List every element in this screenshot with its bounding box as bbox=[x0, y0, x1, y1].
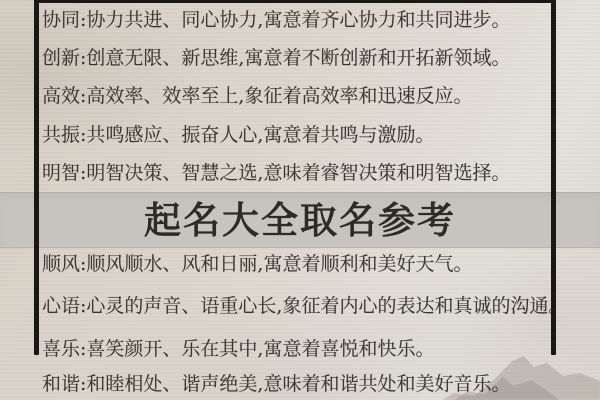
entry-line-xile: 喜乐:喜笑颜开、乐在其中,寓意着喜悦和快乐。 bbox=[42, 338, 547, 360]
entry-line-chuangxin: 创新:创意无限、新思维,寓意着不断创新和开拓新领域。 bbox=[42, 47, 547, 69]
page-title: 起名大全取名参考 bbox=[0, 197, 600, 243]
frame-right-bar bbox=[551, 0, 556, 355]
entry-line-gaoxiao: 高效:高效率、效率至上,象征着高效率和迅速反应。 bbox=[42, 85, 547, 107]
entry-line-gongzhen: 共振:共鸣感应、振奋人心,寓意着共鸣与激励。 bbox=[42, 124, 547, 146]
entry-line-hexie: 和谐:和睦相处、谐声绝美,意味着和谐共处和美好音乐。 bbox=[42, 373, 547, 395]
entry-line-xietong: 协同:协力共进、同心协力,寓意着齐心协力和共同进步。 bbox=[42, 9, 547, 31]
poster-page: 协同:协力共进、同心协力,寓意着齐心协力和共同进步。 创新:创意无限、新思维,寓… bbox=[0, 0, 600, 400]
entry-line-mingzhi: 明智:明智决策、智慧之选,意味着睿智决策和明智选择。 bbox=[42, 162, 547, 184]
frame-left-bar bbox=[34, 0, 39, 355]
entry-line-xinyu: 心语:心灵的声音、语重心长,象征着内心的表达和真诚的沟通。 bbox=[42, 295, 547, 317]
entry-line-shunfeng: 顺风:顺风顺水、风和日丽,寓意着顺利和美好天气。 bbox=[42, 253, 547, 275]
frame-top-rule bbox=[34, 0, 556, 3]
